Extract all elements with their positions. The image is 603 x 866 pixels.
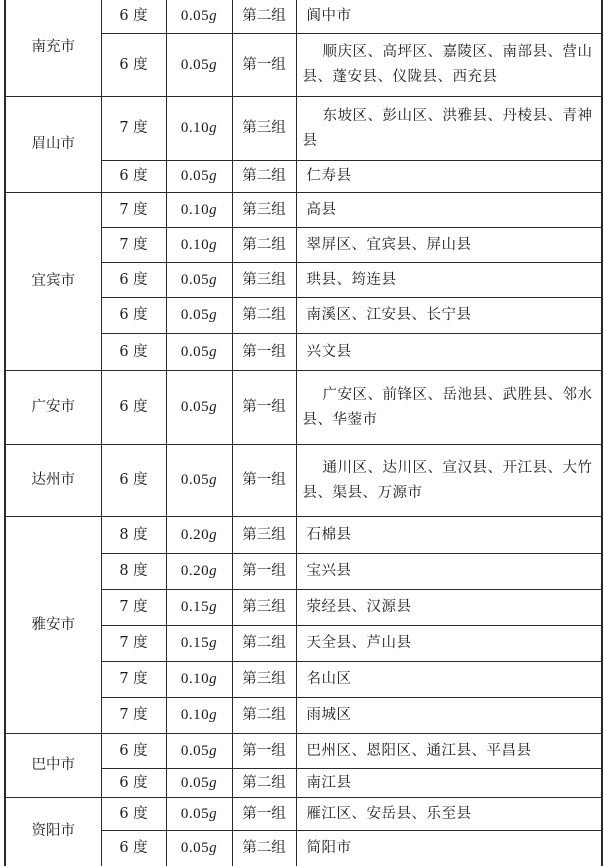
acceleration-unit: g xyxy=(209,775,217,791)
acceleration-value: 0.05 xyxy=(181,840,209,856)
acceleration-unit: g xyxy=(209,707,217,723)
design-group-cell: 第三组 xyxy=(232,590,296,626)
acceleration-cell: 0.10g xyxy=(166,97,232,161)
design-group-cell: 第三组 xyxy=(232,193,296,228)
intensity-cell: 7 度 xyxy=(101,698,166,734)
areas-cell: 南溪区、江安县、长宁县 xyxy=(296,298,602,334)
acceleration-value: 0.05 xyxy=(181,344,209,360)
acceleration-unit: g xyxy=(209,120,217,136)
acceleration-value: 0.05 xyxy=(181,307,209,323)
areas-cell: 雨城区 xyxy=(296,698,602,734)
areas-cell: 兴文县 xyxy=(296,334,602,371)
intensity-cell: 6 度 xyxy=(101,831,166,866)
acceleration-unit: g xyxy=(209,57,217,73)
acceleration-cell: 0.05g xyxy=(166,334,232,371)
acceleration-value: 0.20 xyxy=(181,563,209,579)
areas-cell: 仁寿县 xyxy=(296,161,602,193)
areas-cell: 雁江区、安岳县、乐至县 xyxy=(296,798,602,831)
intensity-cell: 7 度 xyxy=(101,662,166,698)
table-row: 南充市6 度0.05g第二组阆中市 xyxy=(5,0,602,34)
areas-cell: 荥经县、汉源县 xyxy=(296,590,602,626)
design-group-cell: 第一组 xyxy=(232,798,296,831)
acceleration-unit: g xyxy=(209,168,217,184)
acceleration-cell: 0.05g xyxy=(166,263,232,298)
design-group-cell: 第二组 xyxy=(232,769,296,798)
areas-cell: 东坡区、彭山区、洪雅县、丹棱县、青神县 xyxy=(296,97,602,161)
design-group-cell: 第一组 xyxy=(232,371,296,445)
intensity-cell: 6 度 xyxy=(101,161,166,193)
acceleration-unit: g xyxy=(209,563,217,579)
acceleration-unit: g xyxy=(209,527,217,543)
table-row: 巴中市6 度0.05g第一组巴州区、恩阳区、通江县、平昌县 xyxy=(5,734,602,769)
acceleration-value: 0.10 xyxy=(181,120,209,136)
areas-cell: 高县 xyxy=(296,193,602,228)
acceleration-unit: g xyxy=(209,237,217,253)
table-body: 南充市6 度0.05g第二组阆中市6 度0.05g第一组顺庆区、高坪区、嘉陵区、… xyxy=(5,0,602,866)
acceleration-value: 0.05 xyxy=(181,272,209,288)
acceleration-cell: 0.05g xyxy=(166,445,232,517)
acceleration-unit: g xyxy=(209,307,217,323)
intensity-cell: 7 度 xyxy=(101,193,166,228)
acceleration-cell: 0.05g xyxy=(166,734,232,769)
intensity-cell: 8 度 xyxy=(101,554,166,590)
intensity-cell: 6 度 xyxy=(101,263,166,298)
acceleration-cell: 0.10g xyxy=(166,698,232,734)
design-group-cell: 第一组 xyxy=(232,734,296,769)
acceleration-cell: 0.10g xyxy=(166,228,232,263)
acceleration-unit: g xyxy=(209,743,217,759)
acceleration-value: 0.10 xyxy=(181,707,209,723)
design-group-cell: 第三组 xyxy=(232,97,296,161)
areas-cell: 简阳市 xyxy=(296,831,602,866)
areas-cell: 名山区 xyxy=(296,662,602,698)
acceleration-value: 0.05 xyxy=(181,775,209,791)
acceleration-value: 0.15 xyxy=(181,635,209,651)
areas-cell: 石棉县 xyxy=(296,517,602,554)
acceleration-value: 0.10 xyxy=(181,671,209,687)
design-group-cell: 第三组 xyxy=(232,263,296,298)
city-cell: 资阳市 xyxy=(5,798,101,866)
acceleration-value: 0.10 xyxy=(181,202,209,218)
acceleration-cell: 0.15g xyxy=(166,590,232,626)
intensity-cell: 6 度 xyxy=(101,34,166,97)
areas-cell: 翠屏区、宜宾县、屏山县 xyxy=(296,228,602,263)
city-cell: 巴中市 xyxy=(5,734,101,798)
acceleration-unit: g xyxy=(209,472,217,488)
table-row: 眉山市7 度0.10g第三组东坡区、彭山区、洪雅县、丹棱县、青神县 xyxy=(5,97,602,161)
intensity-cell: 6 度 xyxy=(101,445,166,517)
intensity-cell: 6 度 xyxy=(101,798,166,831)
acceleration-unit: g xyxy=(209,840,217,856)
acceleration-unit: g xyxy=(209,344,217,360)
acceleration-unit: g xyxy=(209,272,217,288)
table-row: 宜宾市7 度0.10g第三组高县 xyxy=(5,193,602,228)
intensity-cell: 6 度 xyxy=(101,298,166,334)
design-group-cell: 第三组 xyxy=(232,517,296,554)
acceleration-cell: 0.20g xyxy=(166,554,232,590)
acceleration-cell: 0.10g xyxy=(166,193,232,228)
acceleration-value: 0.05 xyxy=(181,8,209,24)
areas-cell: 天全县、芦山县 xyxy=(296,626,602,662)
design-group-cell: 第二组 xyxy=(232,626,296,662)
city-cell: 达州市 xyxy=(5,445,101,517)
areas-cell: 巴州区、恩阳区、通江县、平昌县 xyxy=(296,734,602,769)
acceleration-cell: 0.05g xyxy=(166,0,232,34)
table-row: 达州市6 度0.05g第一组通川区、达川区、宣汉县、开江县、大竹县、渠县、万源市 xyxy=(5,445,602,517)
acceleration-cell: 0.05g xyxy=(166,34,232,97)
intensity-cell: 8 度 xyxy=(101,517,166,554)
acceleration-cell: 0.05g xyxy=(166,798,232,831)
areas-cell: 顺庆区、高坪区、嘉陵区、南部县、营山县、蓬安县、仪陇县、西充县 xyxy=(296,34,602,97)
areas-cell: 广安区、前锋区、岳池县、武胜县、邻水县、华蓥市 xyxy=(296,371,602,445)
acceleration-cell: 0.05g xyxy=(166,161,232,193)
acceleration-cell: 0.05g xyxy=(166,371,232,445)
city-cell: 眉山市 xyxy=(5,97,101,193)
acceleration-value: 0.05 xyxy=(181,743,209,759)
design-group-cell: 第一组 xyxy=(232,445,296,517)
city-cell: 南充市 xyxy=(5,0,101,97)
intensity-cell: 7 度 xyxy=(101,626,166,662)
acceleration-cell: 0.10g xyxy=(166,662,232,698)
acceleration-cell: 0.20g xyxy=(166,517,232,554)
design-group-cell: 第二组 xyxy=(232,298,296,334)
intensity-cell: 6 度 xyxy=(101,0,166,34)
acceleration-cell: 0.05g xyxy=(166,298,232,334)
design-group-cell: 第二组 xyxy=(232,0,296,34)
acceleration-value: 0.10 xyxy=(181,237,209,253)
city-cell: 雅安市 xyxy=(5,517,101,734)
intensity-cell: 6 度 xyxy=(101,769,166,798)
acceleration-value: 0.05 xyxy=(181,399,209,415)
acceleration-value: 0.05 xyxy=(181,57,209,73)
acceleration-cell: 0.05g xyxy=(166,769,232,798)
acceleration-unit: g xyxy=(209,635,217,651)
acceleration-unit: g xyxy=(209,599,217,615)
design-group-cell: 第一组 xyxy=(232,34,296,97)
acceleration-unit: g xyxy=(209,8,217,24)
areas-cell: 通川区、达川区、宣汉县、开江县、大竹县、渠县、万源市 xyxy=(296,445,602,517)
design-group-cell: 第三组 xyxy=(232,662,296,698)
intensity-cell: 7 度 xyxy=(101,590,166,626)
intensity-cell: 6 度 xyxy=(101,371,166,445)
acceleration-unit: g xyxy=(209,806,217,822)
intensity-cell: 7 度 xyxy=(101,97,166,161)
seismic-zoning-table: 南充市6 度0.05g第二组阆中市6 度0.05g第一组顺庆区、高坪区、嘉陵区、… xyxy=(4,0,603,866)
acceleration-unit: g xyxy=(209,399,217,415)
city-cell: 宜宾市 xyxy=(5,193,101,371)
acceleration-value: 0.05 xyxy=(181,168,209,184)
design-group-cell: 第二组 xyxy=(232,831,296,866)
acceleration-unit: g xyxy=(209,202,217,218)
design-group-cell: 第一组 xyxy=(232,334,296,371)
intensity-cell: 7 度 xyxy=(101,228,166,263)
acceleration-value: 0.15 xyxy=(181,599,209,615)
acceleration-unit: g xyxy=(209,671,217,687)
design-group-cell: 第二组 xyxy=(232,228,296,263)
acceleration-value: 0.20 xyxy=(181,527,209,543)
intensity-cell: 6 度 xyxy=(101,334,166,371)
intensity-cell: 6 度 xyxy=(101,734,166,769)
areas-cell: 南江县 xyxy=(296,769,602,798)
areas-cell: 宝兴县 xyxy=(296,554,602,590)
design-group-cell: 第二组 xyxy=(232,698,296,734)
acceleration-value: 0.05 xyxy=(181,806,209,822)
areas-cell: 阆中市 xyxy=(296,0,602,34)
city-cell: 广安市 xyxy=(5,371,101,445)
areas-cell: 珙县、筠连县 xyxy=(296,263,602,298)
acceleration-value: 0.05 xyxy=(181,472,209,488)
design-group-cell: 第二组 xyxy=(232,161,296,193)
design-group-cell: 第一组 xyxy=(232,554,296,590)
acceleration-cell: 0.15g xyxy=(166,626,232,662)
table-row: 资阳市6 度0.05g第一组雁江区、安岳县、乐至县 xyxy=(5,798,602,831)
acceleration-cell: 0.05g xyxy=(166,831,232,866)
table-row: 广安市6 度0.05g第一组广安区、前锋区、岳池县、武胜县、邻水县、华蓥市 xyxy=(5,371,602,445)
table-row: 雅安市8 度0.20g第三组石棉县 xyxy=(5,517,602,554)
